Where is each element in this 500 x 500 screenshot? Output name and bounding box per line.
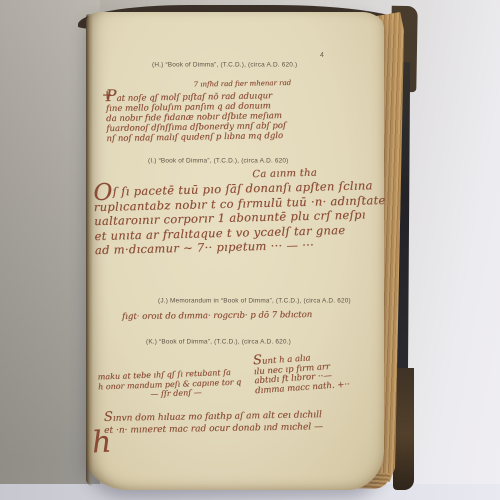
facsimile-j: fıgt· oroıt do dımma· rogcrıb· p dō 7 bd… (122, 310, 312, 322)
caption-i: (I.) “Book of Dimma”, (T.C.D.), (circa A… (148, 158, 289, 164)
backdrop-shade (0, 0, 100, 500)
facsimile-k-bottom-lines: Sınvn dom hıluaz mo faıthp aſ am alt ceı… (104, 408, 323, 437)
tall-letter-h-glyph: h (91, 428, 112, 459)
caption-h: (H.) “Book of Dimma”, (T.C.D.), (circa A… (152, 62, 297, 68)
manuscript-line: fıgt· oroıt do dımma· rogcrıb· p dō 7 bd… (122, 310, 312, 322)
page-content: 4 (H.) “Book of Dimma”, (T.C.D.), (circa… (86, 12, 384, 490)
facsimile-i: Ca aınm tha Oſ ſı pacetē tuū pıo ſāſ don… (93, 167, 347, 258)
facsimile-k-right-column: Sunt h a alıa ılu nec ıp fırm arr abtıdı… (253, 350, 350, 397)
facsimile-k-left-column: maku at tebe ıhſ qſ ſı retubant ſa h ono… (98, 368, 242, 401)
caption-k: (K.) “Book of Dimma”, (T.C.D.), (circa A… (146, 339, 291, 345)
book-photograph: 4 (H.) “Book of Dimma”, (T.C.D.), (circa… (0, 0, 500, 500)
page-number: 4 (320, 52, 324, 59)
margin-cross-mark: + (102, 91, 113, 101)
facsimile-h: + 7 ınfhd rad fıer mhenar rad Pat noſe q… (105, 78, 346, 144)
manuscript-line: — ſſr denſ — (150, 386, 241, 399)
caption-j: (J.) Memorandum in “Book of Dimma”, (T.C… (158, 298, 351, 304)
